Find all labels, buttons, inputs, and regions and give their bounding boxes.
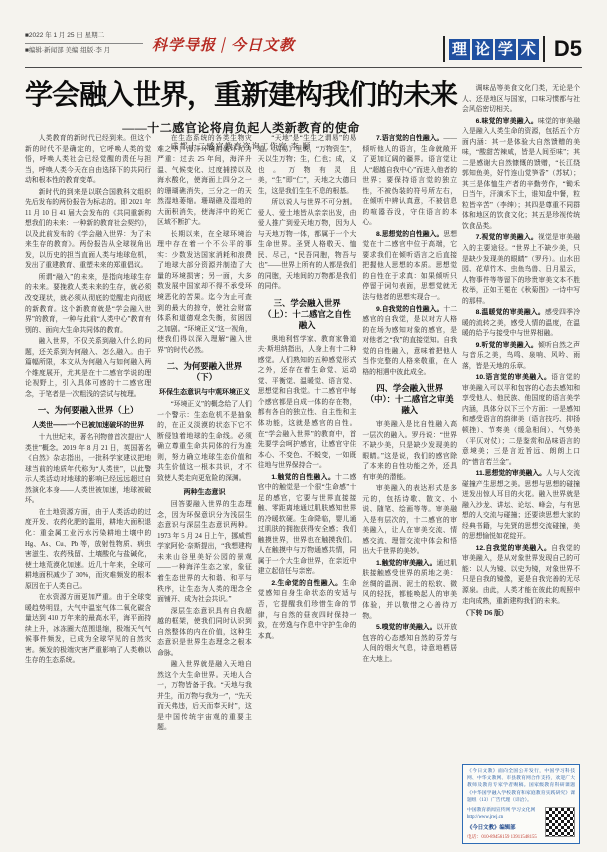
section-right-bar bbox=[543, 36, 545, 62]
sense-item-paragraph: 12.自我觉的审美融入。自我觉的审美融入，是从对象世界发现自己的可能：以人为镜、… bbox=[462, 544, 580, 607]
section-left-bar bbox=[443, 36, 445, 62]
paragraph: 十九世纪末，著名刊物曾首次提出“人类世”概念。2019 年 8 月 21 日，英… bbox=[25, 433, 151, 507]
text-column: 7.语言觉的自性融入。——倾听他人的语言，生命就敞开了更加辽阔的疆界。语言觉让人… bbox=[362, 134, 457, 844]
section-char-box: 论 bbox=[472, 39, 493, 60]
subheading: 两种生态意识 bbox=[157, 487, 252, 497]
subheading: 环保生态意识与中观环境正义 bbox=[157, 387, 252, 397]
editor-line: ■编辑·新闻部 美编 组版·李 月 bbox=[25, 46, 143, 56]
sense-item-paragraph: 11.思想觉的审美融入。人与人交流碰撞产生思想之美。思想与思想的碰撞迸发出惊人耳… bbox=[462, 469, 580, 543]
subheading: 人类世——一个已被加速破坏的世界 bbox=[25, 420, 151, 430]
paragraph: 所谓“融入”的未来，是指向地球生存的未来。要挽救人类未来的生存，就必须改变现状，… bbox=[25, 273, 151, 336]
sense-item-paragraph: 6.味觉的审美融入。味觉的审美融入是融入人类生命的资源，包括五个方面内涵：其一是… bbox=[462, 117, 580, 233]
sense-item-lead: 11.思想觉的审美融入。 bbox=[476, 470, 546, 477]
notice-contact-block: 中国教育新闻宣传网 学习文化网 http://www.jrwj.cn 《今日文教… bbox=[467, 807, 541, 840]
paragraph: 人类教育的新时代已经到来。但这个新的时代不是确定的，它呼唤人类的觉悟，呼唤人类社… bbox=[25, 134, 151, 187]
paragraph: 融入世界就是融入天地自然这个大生命世界。天地人合一，万物皆备于我。“天地与我并生… bbox=[157, 660, 252, 734]
paper-name-secondary: 今日文教 bbox=[231, 34, 295, 55]
notice-website-line: 中国教育新闻宣传网 学习文化网 http://www.jrwj.cn bbox=[467, 807, 541, 821]
date-line: ■2022 年 1 月 25 日 星期二 bbox=[25, 31, 143, 44]
masthead-rule bbox=[25, 67, 582, 68]
paragraph: 融入世界，不仅关系到融入什么的问题，还关系到为何融入、怎么融入。由于篇幅所限，本… bbox=[25, 337, 151, 400]
paragraph: 新时代的到来是以联合国教科文组织先后发布的两份报告为标志的。即 2021 年 1… bbox=[25, 188, 151, 272]
sense-item-paragraph: 9.自我觉的自性融入。十二感官的自我觉，是以对方人格的在场为感知对象的感官，是对… bbox=[362, 305, 457, 379]
paragraph: 长期以来，在全球环境治理中存在着一个不公平的事实：少数发达国家消耗和浪费了地球大… bbox=[157, 230, 252, 356]
sense-item-lead: 1.触觉的自性融入。 bbox=[271, 474, 335, 481]
sense-item-lead: 1.触觉的审美融入。 bbox=[376, 560, 437, 567]
sense-item-lead: 7.语言觉的自性融入。 bbox=[376, 135, 443, 142]
notice-footer: 中国教育新闻宣传网 学习文化网 http://www.jrwj.cn 《今日文教… bbox=[467, 807, 575, 840]
qr-code bbox=[545, 807, 575, 837]
section-char-box: 理 bbox=[449, 39, 470, 60]
paragraph: 奥地利哲学家、教育家鲁道夫·斯坦纳指出，人身上有十二种感觉。人们熟知的五种感觉形… bbox=[258, 335, 357, 472]
sense-item-paragraph: 8.温暖觉的审美融入。感受四季冷暖的流转之美，感受人情的温度，在温暖的给予与接受… bbox=[462, 308, 580, 340]
sense-item-paragraph: 10.语言觉的审美融入。语言觉的审美融入可以平和包容的心态去感知和享受他人、他民… bbox=[462, 373, 580, 468]
right-column: 调味品等美食文化门类，无论是个人、还是地区与国家，口味习惯都与社会风俗密切相关。… bbox=[462, 84, 580, 844]
sense-item-paragraph: 5.嗅觉的审美融入。以开放包容的心态感知自然的芬芳与人间的烟火气息，诗意地栖居在… bbox=[362, 623, 457, 665]
paper-name-primary: 科学导报 bbox=[152, 34, 216, 55]
paragraph: 审美融入的表达形式是多元的，包括诗歌、散文、小说、随笔、绘画等等。审美融入是有层… bbox=[362, 484, 457, 558]
paragraph: 调味品等美食文化门类，无论是个人、还是地区与国家，口味习惯都与社会风俗密切相关。 bbox=[462, 84, 580, 116]
sense-item-paragraph: 1.触觉的审美融入。通过肌肤接触感受世界的质地之美：丝绸的温润、泥土的松软、微风… bbox=[362, 559, 457, 622]
sense-item-lead: 2.生命觉的自性融入。 bbox=[271, 580, 342, 587]
text-column: 在生态系统的各类生物灾难之中，海洋环境的破坏尤为严重：过去 25 年间，海洋升温… bbox=[157, 134, 252, 844]
text-column: 人类教育的新时代已经到来。但这个新的时代不是确定的，它呼唤人类的觉悟，呼唤人类社… bbox=[25, 134, 151, 844]
section-heading: 二、为何要融入世界（下） bbox=[159, 361, 250, 383]
sense-item-lead: 6.味觉的审美融入。 bbox=[476, 118, 538, 125]
paragraph: 回答要融入世界的生态理念，因为环保意识分为浅层生态意识与深层生态意识两种。197… bbox=[157, 500, 252, 605]
publication-notice-box: 《今日文教》面向全国公开发行，中国学习科技网、中华文教网、市县教育网合作支持，欢… bbox=[462, 764, 580, 844]
sense-item-paragraph: 9.听觉的审美融入。倾听自然之声与音乐之美，鸟鸣、泉响、风吟、雨落，皆是天地的乐… bbox=[462, 341, 580, 373]
continuation-note: （下转 D6 版） bbox=[462, 609, 580, 620]
sense-item-paragraph: 7.语言觉的自性融入。——倾听他人的语言，生命就敞开了更加辽阔的疆界。语言觉让人… bbox=[362, 134, 457, 229]
page-number: D5 bbox=[554, 36, 582, 62]
paragraph: 在水资源方面更加严重。由于全球变暖趋势明显，大气中温室气体二氧化碳含量达到 41… bbox=[25, 593, 151, 667]
sense-item-lead: 12.自我觉的审美融入。 bbox=[476, 545, 552, 552]
article-body-columns: 人类教育的新时代已经到来。但这个新的时代不是确定的，它呼唤人类的觉悟，呼唤人类社… bbox=[25, 134, 457, 844]
paragraph: 所以说人与世界不可分割。爱人、爱土地皆从亲亲出发，由爱人推广到爱天地万物，因为人… bbox=[258, 198, 357, 293]
sense-item-lead: 8.思想觉的自性融入。 bbox=[376, 231, 443, 238]
newspaper-page: ■2022 年 1 月 25 日 星期二 ■编辑·新闻部 美编 组版·李 月 科… bbox=[0, 0, 607, 852]
right-column-text: 调味品等美食文化门类，无论是个人、还是地区与国家，口味习惯都与社会风俗密切相关。… bbox=[462, 84, 580, 760]
paragraph: 在土地资源方面，由于人类活动的过度开发、农药化肥的滥用，耕地大面积退化：重金属工… bbox=[25, 508, 151, 592]
sense-item-paragraph: 7.视觉的审美融入。视觉是审美融入的主要途径。“世界上不缺少美，只是缺少发现美的… bbox=[462, 233, 580, 307]
sense-item-lead: 9.自我觉的自性融入。 bbox=[376, 306, 443, 313]
notice-department-line: 《今日文教》编辑部 bbox=[467, 823, 541, 831]
paragraph: 审美融入是比自性融入高一层次的融入。罗丹说：“世界不缺少美，只是缺少发现美的眼睛… bbox=[362, 420, 457, 483]
brand-divider bbox=[221, 37, 226, 53]
sense-item-lead: 5.嗅觉的审美融入。 bbox=[376, 624, 437, 631]
paragraph: 在生态系统的各类生物灾难之中，海洋环境的破坏尤为严重：过去 25 年间，海洋升温… bbox=[157, 134, 252, 229]
masthead-dateline: ■2022 年 1 月 25 日 星期二 ■编辑·新闻部 美编 组版·李 月 bbox=[25, 31, 143, 57]
section-banner: 理 论 学 术 D5 bbox=[440, 36, 582, 62]
sense-item-paragraph: 2.生命觉的自性融入。生命觉感知自身生命状态的安适与否，它提醒我们珍惜生命的节律… bbox=[258, 579, 357, 642]
sense-item-lead: 8.温暖觉的审美融入。 bbox=[476, 309, 545, 316]
section-char-box: 术 bbox=[518, 39, 539, 60]
text-column: “天地”是“生生之谓易”的易道。《周易》里说，“万物资生”，天以生万物；生，仁也… bbox=[258, 134, 357, 844]
section-heading: 三、学会融入世界（上）：十二感官之自性融入 bbox=[260, 298, 355, 331]
sense-item-paragraph: 8.思想觉的自性融入。思想觉在十二感官中位于高端，它要求我们在倾听语言之后直接把… bbox=[362, 230, 457, 304]
paragraph: “天地”是“生生之谓易”的易道。《周易》里说，“万物资生”，天以生万物；生，仁也… bbox=[258, 134, 357, 197]
section-heading: 四、学会融入世界（中）：十二感官之审美融入 bbox=[364, 383, 455, 416]
sense-item-lead: 7.视觉的审美融入。 bbox=[476, 234, 538, 241]
sense-item-lead: 10.语言觉的审美融入。 bbox=[476, 374, 552, 381]
masthead-brand: 科学导报 今日文教 bbox=[152, 34, 295, 55]
section-heading: 一、为何要融入世界（上） bbox=[27, 405, 149, 416]
sense-item-lead: 9.听觉的审美融入。 bbox=[476, 342, 538, 349]
sense-item-paragraph: 1.触觉的自性融入。十二感官中的触觉是一个很“生命感”十足的感官，它要与世界直接… bbox=[258, 473, 357, 578]
notice-text: 《今日文教》面向全国公开发行，中国学习科技网、中华文教网、市县教育网合作支持，欢… bbox=[467, 768, 575, 804]
paragraph: 深层生态意识具有自我超越的框架，使我们同时认识到自然整体的内在价值，这种生态意识… bbox=[157, 607, 252, 660]
notice-phone-line: 电话：010-89456159 13911548155 bbox=[467, 833, 541, 840]
paragraph: “环境正义”的概念给了人们一个警示：生态危机不是抽象的，在正义淡漠的状态下它不断… bbox=[157, 400, 252, 484]
main-headline: 学会融入世界，重新建构我们的未来 bbox=[25, 73, 457, 113]
section-char-box: 学 bbox=[495, 39, 516, 60]
